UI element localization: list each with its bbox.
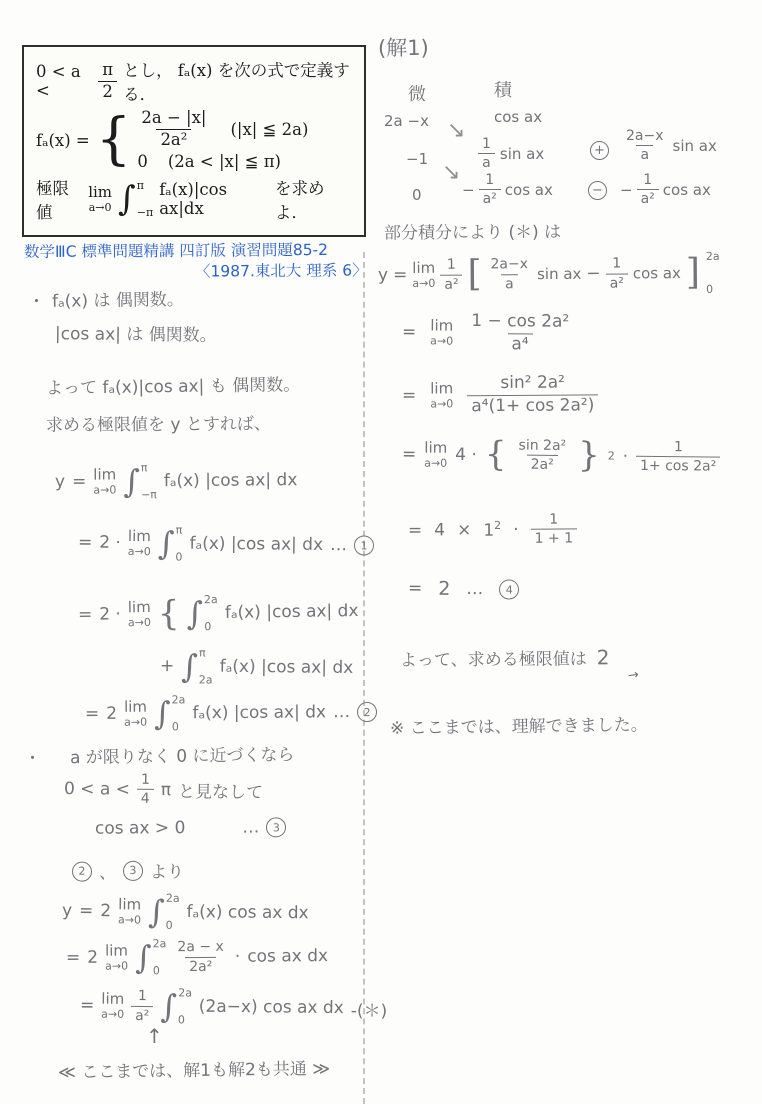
one-over-a-squared-fraction: 1 a²	[131, 988, 154, 1023]
limit-operator: lim a→0	[424, 440, 447, 468]
table-r2-mid: 1 a sin ax	[478, 136, 544, 171]
circled-number-2: 2	[72, 861, 92, 881]
circled-minus-icon: −	[588, 181, 607, 200]
equation-r4: = lim a→0 4 · { sin 2a² 2a² }2 · 1 1+ co…	[402, 436, 721, 475]
limit-operator: lim a→0	[101, 992, 124, 1020]
case1-condition: (|x| ≦ 2a)	[230, 120, 308, 139]
closing-brace: }	[578, 440, 600, 471]
limit-operator: lim a→0	[430, 381, 453, 409]
problem-line-1: 0 < a < π 2 とし， fₐ(x) を次の式で定義する．	[36, 57, 352, 105]
limit-operator: lim a→0	[124, 700, 147, 728]
bullet-dot: ・	[28, 287, 45, 312]
note-let-y: 求める極限値を y とすれば、	[46, 409, 271, 436]
circled-number-3: 3	[123, 860, 143, 880]
note-understood: ※ ここまでは、理解できました。	[390, 710, 648, 739]
table-r1-right: cos ax	[494, 108, 542, 126]
integral-icon: ∫	[118, 184, 136, 215]
solution-1-title: (解1)	[378, 32, 429, 62]
integrand: fₐ(x)|cos ax|dx	[159, 180, 269, 218]
opening-bracket: [	[467, 258, 481, 290]
opening-brace: {	[485, 439, 507, 470]
case2-value: 0	[137, 152, 148, 171]
limit-label: 極限値	[36, 175, 82, 223]
note-even-function-cos: |cos ax| は 偶関数。	[55, 319, 217, 346]
function-definition: fₐ(x) = { 2a − |x| 2a² (|x| ≦ 2a) 0 (2a …	[36, 109, 352, 172]
equation-r1: y = lim a→0 1 a² [ 2a−x a sin ax − 1 a² …	[378, 251, 720, 297]
exam-source-reference: 〈1987.東北大 理系 6〉	[195, 258, 368, 281]
fraction: 1 1+ cos 2a²	[636, 439, 721, 475]
opening-brace: {	[158, 598, 180, 629]
equation-6: y = 2 lim a→0 ∫ 2a 0 fₐ(x) cos ax dx	[62, 892, 309, 933]
integral-pi-to-pi: ∫ π −π	[118, 180, 153, 218]
diagonal-arrow-icon: ↘	[442, 160, 460, 185]
one-over-a2-fraction: 1 a²	[479, 172, 501, 207]
squared-exponent: 2	[608, 450, 615, 463]
problem-line3-post: を求めよ．	[275, 175, 352, 223]
note-product-even: よって fₐ(x)|cos ax| も 偶関数。	[46, 370, 300, 399]
definition-lhs: fₐ(x) =	[36, 131, 90, 150]
one-quarter-fraction: 1 4	[137, 772, 154, 807]
cases: 2a − |x| 2a² (|x| ≦ 2a) 0 (2a < |x| ≦ π)	[137, 109, 308, 172]
case1-fraction: 2a − |x| 2a²	[137, 109, 210, 150]
fraction: sin² 2a² a⁴(1+ cos 2a²)	[467, 373, 598, 416]
equation-r3: = lim a→0 sin² 2a² a⁴(1+ cos 2a²)	[402, 373, 599, 416]
cases-brace: {	[96, 116, 132, 164]
table-r1-left: 2a −x	[384, 112, 429, 130]
limit-operator: lim a→0	[105, 943, 128, 971]
note-even-function-fa: ・ fₐ(x) は 偶関数。	[28, 285, 184, 312]
equation-r6-answer: = 2 … 4	[408, 577, 520, 600]
pi-over-2-fraction: π 2	[98, 61, 117, 102]
final-answer-value: 2	[597, 645, 610, 669]
column-divider-line	[363, 252, 365, 1104]
equation-7: = 2 lim a→0 ∫ 2a 0 2a − x 2a² · cos ax d…	[66, 937, 328, 977]
note-cos-positive: cos ax > 0 … 3	[95, 817, 286, 838]
one-over-a-fraction: 1 a	[478, 136, 495, 171]
note-a-range: 0 < a < 1 4 π と見なして	[64, 771, 263, 808]
limit-operator: lim a→0	[88, 185, 112, 213]
bullet-dot: ・	[24, 744, 41, 769]
circled-number-1: 1	[354, 535, 374, 555]
equation-r2: = lim a→0 1 − cos 2a² a⁴	[402, 311, 574, 355]
one-squared: 12	[483, 519, 501, 541]
equation-8-starred: = lim a→0 1 a² ∫ 2a 0 (2a−x) cos ax dx -…	[80, 986, 388, 1027]
equation-5: = 2 lim a→0 ∫ 2a 0 fₐ(x) |cos ax| dx … 2	[85, 693, 377, 733]
one-over-a2-fraction: 1 a²	[606, 256, 628, 291]
up-arrow-icon: ↑	[146, 1024, 163, 1048]
problem-line-3: 極限値 lim a→0 ∫ π −π fₐ(x)|cos ax|dx を求めよ．	[36, 175, 352, 223]
problem-line1-pre: 0 < a <	[36, 62, 92, 100]
integral-icon: ∫ 2a 0	[186, 594, 218, 632]
limit-operator: lim a→0	[118, 897, 141, 925]
integral-icon: ∫ 2a 0	[160, 987, 192, 1025]
case-1: 2a − |x| 2a² (|x| ≦ 2a)	[137, 109, 308, 150]
integral-icon: ∫ π 2a	[181, 647, 213, 685]
limit-operator: lim a→0	[412, 261, 435, 289]
conclusion-line: よって、求める極限値は 2	[400, 644, 610, 670]
note-common-to-both-solutions: ≪ ここまでは、解1も解2も共通 ≫	[58, 1054, 330, 1083]
integral-icon: ∫ 2a 0	[135, 938, 167, 976]
scanned-math-notes-page: 0 < a < π 2 とし， fₐ(x) を次の式で定義する． fₐ(x) =…	[0, 0, 762, 1104]
case2-condition: (2a < |x| ≦ π)	[168, 152, 281, 171]
one-over-a2-fraction: 1 a²	[637, 172, 659, 207]
integrand-fraction: 2a − x 2a²	[173, 939, 228, 975]
answer-check-mark-icon: →	[627, 667, 640, 683]
diagonal-arrow-icon: ↘	[447, 118, 465, 143]
table-r3-left: 0	[412, 186, 422, 204]
note-by-parts: 部分積分により (＊) は	[384, 217, 561, 243]
closing-bracket: ]	[686, 257, 700, 289]
integral-icon: ∫ 2a 0	[154, 694, 186, 732]
limit-operator: lim a→0	[430, 318, 453, 346]
table-r3-mid: − 1 a² cos ax	[462, 172, 553, 207]
integral-icon: ∫ π 0	[158, 524, 183, 562]
table-r2-left: −1	[406, 150, 428, 168]
note-from-2-and-3: 2 、 3 より	[72, 857, 184, 884]
integral-icon: ∫ 2a 0	[148, 893, 180, 931]
2a-minus-x-over-a-fraction: 2a−x a	[622, 128, 668, 163]
table-r2-result: 2a−x a sin ax	[622, 128, 717, 163]
table-r3-result: − 1 a² cos ax	[620, 172, 711, 207]
circled-plus-icon: +	[590, 141, 609, 160]
integral-icon: ∫ π −π	[123, 462, 157, 500]
equation-1: y = lim a→0 ∫ π −π fₐ(x) |cos ax| dx	[55, 461, 298, 501]
table-header-differentiate: 微	[408, 80, 426, 106]
fraction: 1 − cos 2a² a⁴	[467, 312, 573, 355]
note-a-approaches-zero: ・ a が限りなく 0 に近づくなら	[24, 740, 295, 769]
case-2: 0 (2a < |x| ≦ π)	[137, 152, 308, 171]
problem-line1-post: とし， fₐ(x) を次の式で定義する．	[123, 57, 352, 105]
sin-fraction: sin 2a² 2a²	[514, 438, 570, 474]
equation-r5: = 4 × 12 · 1 1 + 1	[408, 511, 577, 547]
equation-2: = 2 · lim a→0 ∫ π 0 fₐ(x) |cos ax| dx … …	[78, 523, 374, 564]
equation-4: + ∫ π 2a fₐ(x) |cos ax| dx	[160, 647, 354, 687]
fraction: 1 1 + 1	[530, 511, 577, 547]
circled-number-2: 2	[357, 702, 377, 722]
2a-minus-x-over-a-fraction: 2a−x a	[486, 257, 532, 293]
table-header-integrate: 積	[494, 76, 512, 102]
limit-operator: lim a→0	[128, 600, 151, 628]
circled-number-4: 4	[499, 579, 519, 599]
circled-number-3: 3	[266, 817, 286, 837]
integral-bounds: π −π	[137, 180, 153, 218]
problem-box: 0 < a < π 2 とし， fₐ(x) を次の式で定義する． fₐ(x) =…	[22, 45, 366, 237]
one-over-a2-fraction: 1 a²	[440, 257, 462, 292]
bracket-bounds: 2a 0	[706, 251, 720, 295]
limit-operator: lim a→0	[128, 529, 151, 557]
limit-operator: lim a→0	[93, 467, 116, 495]
equation-3: = 2 · lim a→0 { ∫ 2a 0 fₐ(x) |cos ax| dx	[78, 592, 359, 634]
